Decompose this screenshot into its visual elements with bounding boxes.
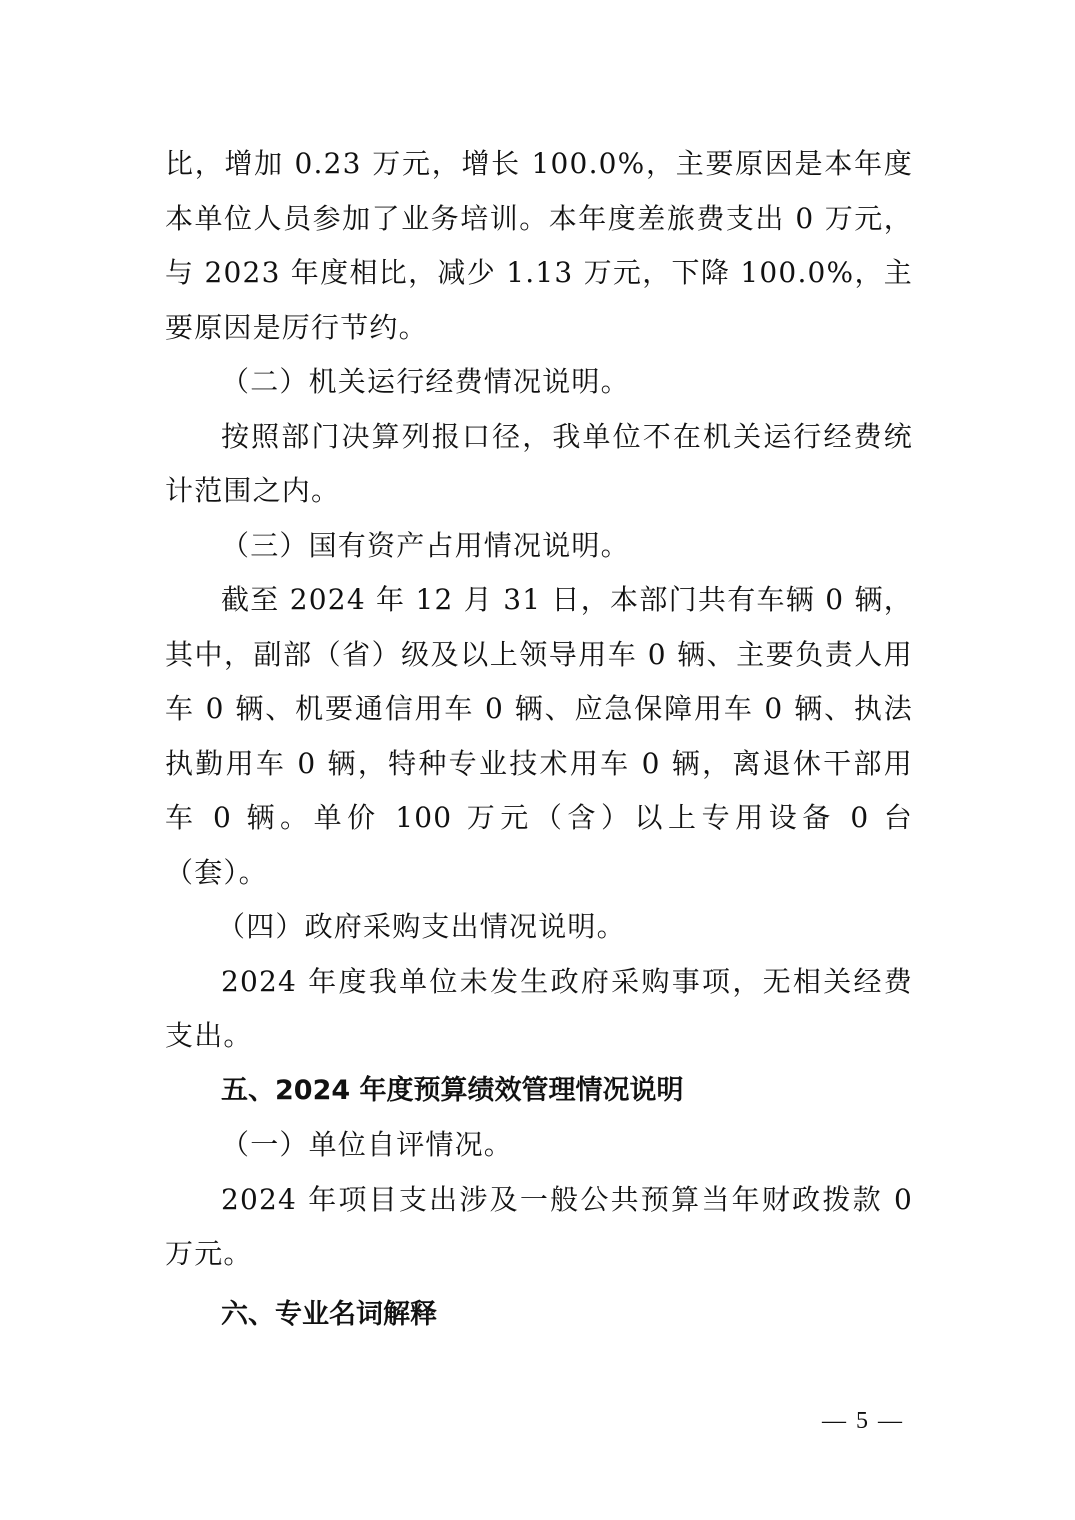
- subheading-operating-expenses: （二）机关运行经费情况说明。: [165, 355, 913, 410]
- paragraph-training-travel-expenses: 比，增加 0.23 万元，增长 100.0%，主要原因是本年度本单位人员参加了业…: [165, 137, 913, 355]
- paragraph-government-procurement: 2024 年度我单位未发生政府采购事项，无相关经费支出。: [165, 955, 913, 1064]
- subheading-government-procurement: （四）政府采购支出情况说明。: [165, 900, 913, 955]
- subheading-state-assets: （三）国有资产占用情况说明。: [165, 519, 913, 574]
- paragraph-state-assets: 截至 2024 年 12 月 31 日，本部门共有车辆 0 辆，其中，副部（省）…: [165, 573, 913, 900]
- section-heading-glossary: 六、专业名词解释: [165, 1288, 913, 1343]
- page-number: — 5 —: [822, 1408, 904, 1435]
- paragraph-operating-expenses: 按照部门决算列报口径，我单位不在机关运行经费统计范围之内。: [165, 410, 913, 519]
- document-page: 比，增加 0.23 万元，增长 100.0%，主要原因是本年度本单位人员参加了业…: [165, 137, 913, 1342]
- paragraph-self-evaluation: 2024 年项目支出涉及一般公共预算当年财政拨款 0 万元。: [165, 1173, 913, 1282]
- subheading-self-evaluation: （一）单位自评情况。: [165, 1118, 913, 1173]
- section-heading-performance-management: 五、2024 年度预算绩效管理情况说明: [165, 1064, 913, 1119]
